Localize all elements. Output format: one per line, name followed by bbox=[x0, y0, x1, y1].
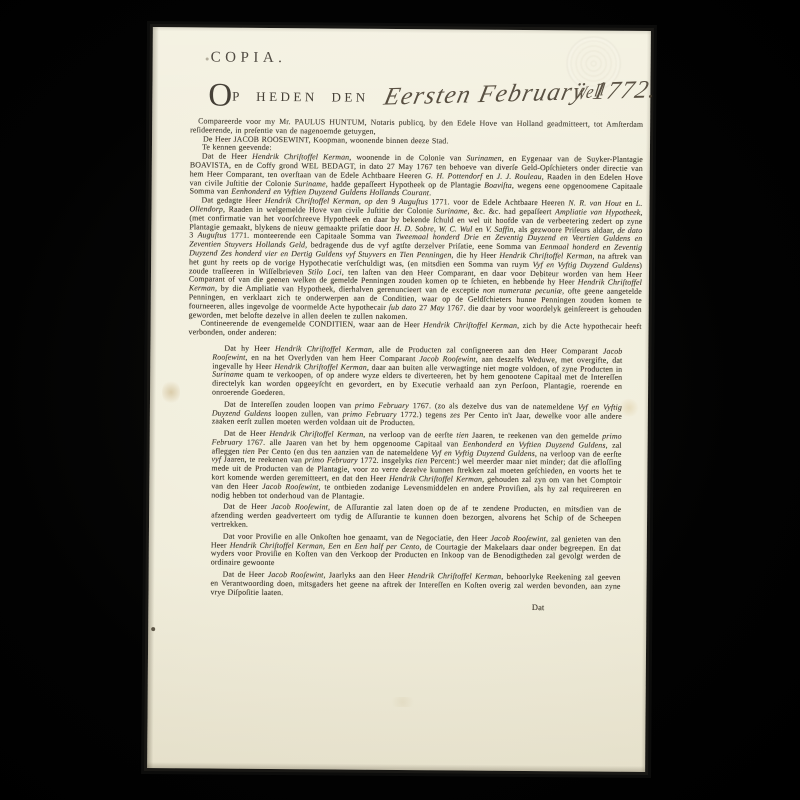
handwritten-date: Eersten Februarÿ 1772. bbox=[382, 76, 661, 112]
stain-spot bbox=[151, 627, 155, 631]
condition-paragraph: Dat de Heer Jacob Rooſewint, de Aſſurant… bbox=[211, 503, 621, 533]
condition-paragraph: Dat voor Proviſie en alle Onkoſten hoe g… bbox=[211, 532, 621, 570]
heading-caps: P HEDEN DEN bbox=[232, 89, 369, 105]
document-page: COPIA. OP HEDEN DENEersten Februarÿ 1772… bbox=[147, 27, 651, 772]
copia-label: COPIA. bbox=[211, 50, 287, 68]
photo-backdrop: COPIA. OP HEDEN DENEersten Februarÿ 1772… bbox=[0, 0, 800, 800]
drop-cap-initial: O bbox=[208, 77, 232, 113]
document-body: Compareerde voor my Mr. PAULUS HUNTUM, N… bbox=[186, 117, 643, 614]
condition-paragraph: Dat de Heer Hendrik Chriſtoffel Kerman, … bbox=[211, 430, 622, 504]
stain-spot bbox=[206, 57, 209, 60]
catchword: Dat bbox=[186, 602, 639, 614]
condition-paragraph: Dat de Heer Jacob Rooſewint, Jaarlyks aa… bbox=[210, 571, 620, 601]
body-paragraph: Dat gedagte Heer Hendrik Chriſtoffel Ker… bbox=[189, 197, 643, 324]
conditions-block: Dat hy Heer Hendrik Chriſtoffel Kerman, … bbox=[210, 344, 622, 600]
condition-paragraph: Dat de Intereſſen zouden loopen van prim… bbox=[212, 400, 622, 430]
body-paragraph: Contineerende de evengemelde CONDITIEN, … bbox=[188, 320, 641, 341]
body-paragraph: Dat de Heer Hendrik Chriſtoffel Kerman, … bbox=[190, 153, 643, 201]
condition-paragraph: Dat hy Heer Hendrik Chriſtoffel Kerman, … bbox=[212, 344, 622, 400]
stain-spot bbox=[388, 697, 418, 707]
stain-spot bbox=[162, 379, 180, 405]
